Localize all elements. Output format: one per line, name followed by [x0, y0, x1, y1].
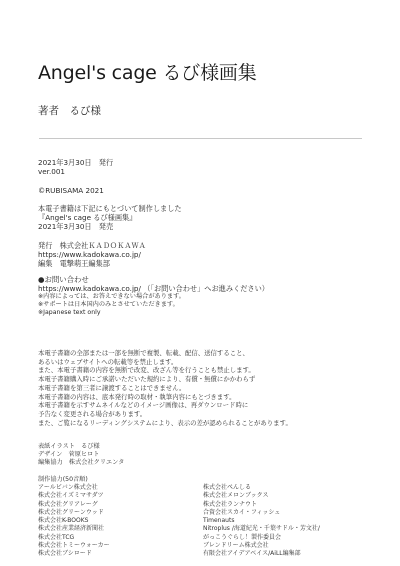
inquiry-note: ※サポートは日本国内のみとさせていただきます。: [38, 301, 269, 309]
cooperation-item: Nitroplus /海道紀光・千葉サドル・芳文社/: [203, 525, 320, 533]
cooperation-item: 株式会社ブシロード: [38, 550, 110, 558]
cooperation-item: 株式会社ランナウト: [203, 501, 320, 509]
divider: [39, 138, 362, 139]
legal-line: 本電子書籍購入時にご承諾いただいた規約により、有償・無償にかかわらず: [38, 375, 292, 384]
cooperation-item: 株式会社トミーウォーカー: [38, 542, 110, 550]
cooperation-item: 有限会社アイデアベイス/AiLL編集部: [203, 550, 320, 558]
based-on-line-2: 『Angel's cage るび様画集』: [38, 213, 269, 222]
issue-date: 2021年3月30日 発行: [38, 158, 269, 167]
cooperation-item: 株式会社産業経済新聞社: [38, 525, 110, 533]
cooperation-item: がっこうぐらし！製作委員会: [203, 534, 320, 542]
legal-line: 本電子書籍を示すサムネイルなどのイメージ画像は、再ダウンロード時に: [38, 401, 292, 410]
legal-line: また、ご覧になるリーディングシステムにより、表示の差が認められることがあります。: [38, 419, 292, 428]
legal-line: また、本電子書籍の内容を無断で改変、改ざん等を行うことも禁止します。: [38, 366, 292, 375]
based-on-line-3: 2021年3月30日 発売: [38, 222, 269, 231]
cooperation-item: 株式会社メロンブックス: [203, 492, 320, 500]
legal-line: 本電子書籍の全部または一部を無断で複製、転載、配信、送信すること、: [38, 349, 292, 358]
cooperation-item: 株式会社ぺんしる: [203, 484, 320, 492]
publisher: 発行 株式会社ＫＡＤＯＫＡＷＡ: [38, 241, 269, 250]
cooperation-item: 株式会社グリーンウッド: [38, 509, 110, 517]
legal-line: 予告なく変更される場合があります。: [38, 410, 292, 419]
cooperation-item: 株式会社K-BOOKS: [38, 517, 110, 525]
legal-notice: 本電子書籍の全部または一部を無断で複製、転載、配信、送信すること、 あるいはウェ…: [38, 349, 292, 427]
inquiry-note: ※Japanese text only: [38, 309, 269, 317]
cooperation-item: 株式会社TCG: [38, 534, 110, 542]
inquiry-notes: ※内容によっては、お答えできない場合があります。 ※サポートは日本国内のみとさせ…: [38, 293, 269, 317]
cooperation-item: ブレンドリーム株式会社: [203, 542, 320, 550]
cooperation-item: 株式会社イズミマサダツ: [38, 492, 110, 500]
publisher-url-link[interactable]: https://www.kadokawa.co.jp/: [38, 250, 269, 259]
cooperation-item: 株式会社グリアレーグ: [38, 501, 110, 509]
credits: 表紙イラスト るび様 デザイン 菅原ヒロト 編集協力 株式会社クリエンタ: [38, 443, 124, 468]
credit-editorial: 編集協力 株式会社クリエンタ: [38, 459, 124, 467]
cooperation-item: Timenauts: [203, 517, 320, 525]
cooperation-item: アールビバン株式会社: [38, 484, 110, 492]
inquiry-url-link[interactable]: https://www.kadokawa.co.jp/ （「お問い合わせ」へお進…: [38, 284, 269, 293]
inquiry-heading: ●お問い合わせ: [38, 275, 269, 284]
credit-cover-illustration: 表紙イラスト るび様: [38, 443, 124, 451]
book-title: Angel's cage るび様画集: [38, 60, 257, 86]
editor: 編集 電撃萌王編集部: [38, 259, 269, 268]
colophon-page: Angel's cage るび様画集 著者 るび様 2021年3月30日 発行 …: [0, 0, 400, 566]
legal-line: 本電子書籍の内容は、底本発行時の取材・執筆内容にもとづきます。: [38, 393, 292, 402]
version: ver.001: [38, 167, 269, 176]
cooperation-item: 合資会社スカイ・フィッシュ: [203, 509, 320, 517]
cooperation-list-left: アールビバン株式会社 株式会社イズミマサダツ 株式会社グリアレーグ 株式会社グリ…: [38, 484, 110, 558]
author-line: 著者 るび様: [38, 104, 101, 118]
copyright: ©RUBISAMA 2021: [38, 186, 269, 195]
cooperation-list-right: 株式会社ぺんしる 株式会社メロンブックス 株式会社ランナウト 合資会社スカイ・フ…: [203, 484, 320, 558]
legal-line: 本電子書籍を第三者に譲渡することはできません。: [38, 384, 292, 393]
publication-info: 2021年3月30日 発行 ver.001 ©RUBISAMA 2021 本電子…: [38, 158, 269, 317]
based-on-line-1: 本電子書籍は下記にもとづいて制作しました: [38, 204, 269, 213]
cooperation-heading: 制作協力(50音順): [38, 476, 88, 484]
